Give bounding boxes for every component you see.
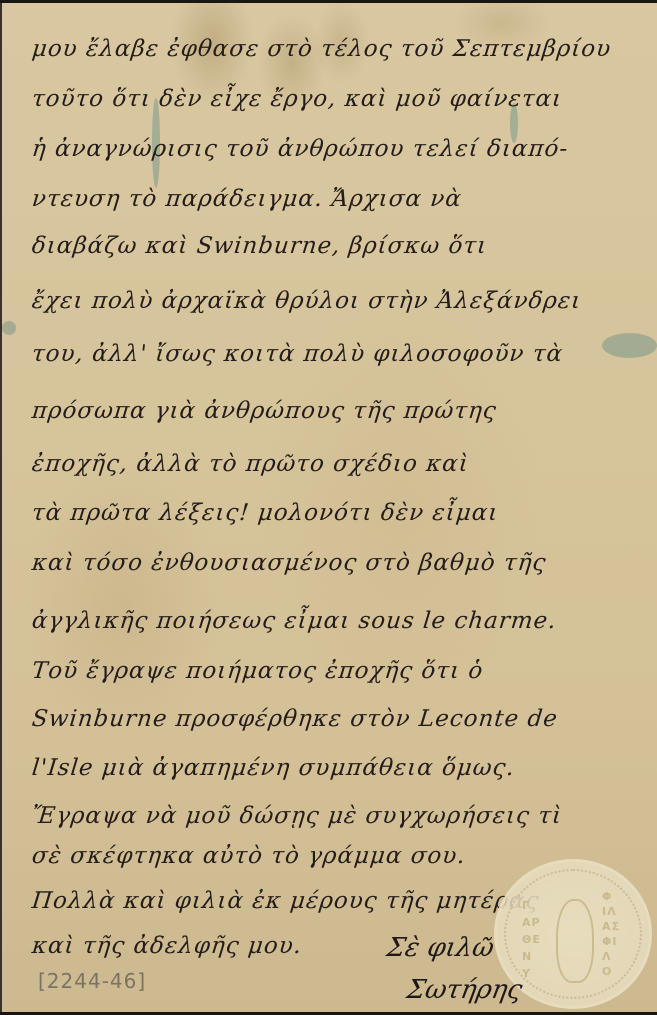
closing-salutation: Σὲ φιλῶ — [384, 933, 496, 963]
seal-left-letters: Γ ΑΡ ΘΕ Ν Υ — [522, 897, 541, 982]
letter-line-14: Swinburne προσφέρθηκε στὸν Leconte de — [31, 706, 560, 732]
letter-line-19: καὶ τῆς ἀδελφῆς μου. — [31, 933, 304, 959]
letter-line-11: καὶ τόσο ἐνθουσιασμένος στὸ βαθμὸ τῆς — [31, 550, 548, 576]
seal-right-letters: Φ ΙΛ ΑΣ ΦΙ Λ Ο — [602, 889, 620, 979]
letter-line-1: μου ἔλαβε ἐφθασε στὸ τέλος τοῦ Σεπτεμβρί… — [31, 36, 613, 62]
letter-line-15: l'Isle μιὰ ἀγαπημένη συμπάθεια ὅμως. — [31, 755, 517, 781]
letter-line-2: τοῦτο ὅτι δὲν εἶχε ἔργο, καὶ μοῦ φαίνετα… — [31, 86, 564, 112]
letter-line-18: Πολλὰ καὶ φιλιὰ ἐκ μέρους τῆς μητέρας — [31, 888, 541, 914]
letter-line-6: ἔχει πολὺ ἀρχαϊκὰ θρύλοι στὴν Ἀλεξάνδρει — [31, 288, 583, 314]
letter-line-10: τὰ πρῶτα λέξεις! μολονότι δὲν εἶμαι — [31, 500, 500, 526]
letter-line-9: ἐποχῆς, ἀλλὰ τὸ πρῶτο σχέδιο καὶ — [31, 451, 471, 477]
signature: Σωτήρης — [404, 975, 524, 1005]
letter-line-3: ἡ ἀναγνώρισις τοῦ ἀνθρώπου τελεί διαπό- — [31, 136, 570, 162]
letter-line-17: σὲ σκέφτηκα αὐτὸ τὸ γράμμα σου. — [31, 843, 467, 869]
letter-line-7: του, ἀλλ' ἴσως κοιτὰ πολὺ φιλοσοφοῦν τὰ — [31, 341, 565, 367]
archival-number: [2244-46] — [38, 969, 146, 993]
letter-page: μου ἔλαβε ἐφθασε στὸ τέλος τοῦ Σεπτεμβρί… — [0, 3, 657, 1012]
letter-line-12: ἀγγλικῆς ποιήσεως εἶμαι sous le charme. — [31, 608, 558, 634]
letter-line-4: ντευση τὸ παράδειγμα. Ἄρχισα νὰ — [31, 186, 464, 212]
vase-icon — [556, 899, 594, 983]
letter-line-5: διαβάζω καὶ Swinburne, βρίσκω ὅτι — [31, 233, 489, 259]
water-stain — [2, 321, 16, 335]
letter-line-8: πρόσωπα γιὰ ἀνθρώπους τῆς πρώτης — [31, 398, 498, 424]
water-stain — [602, 333, 657, 358]
letter-line-13: Τοῦ ἔγραψε ποιήματος ἐποχῆς ὅτι ὁ — [31, 658, 485, 684]
letter-line-16: Ἔγραψα νὰ μοῦ δώσῃς μὲ συγχωρήσεις τὶ — [31, 803, 564, 829]
